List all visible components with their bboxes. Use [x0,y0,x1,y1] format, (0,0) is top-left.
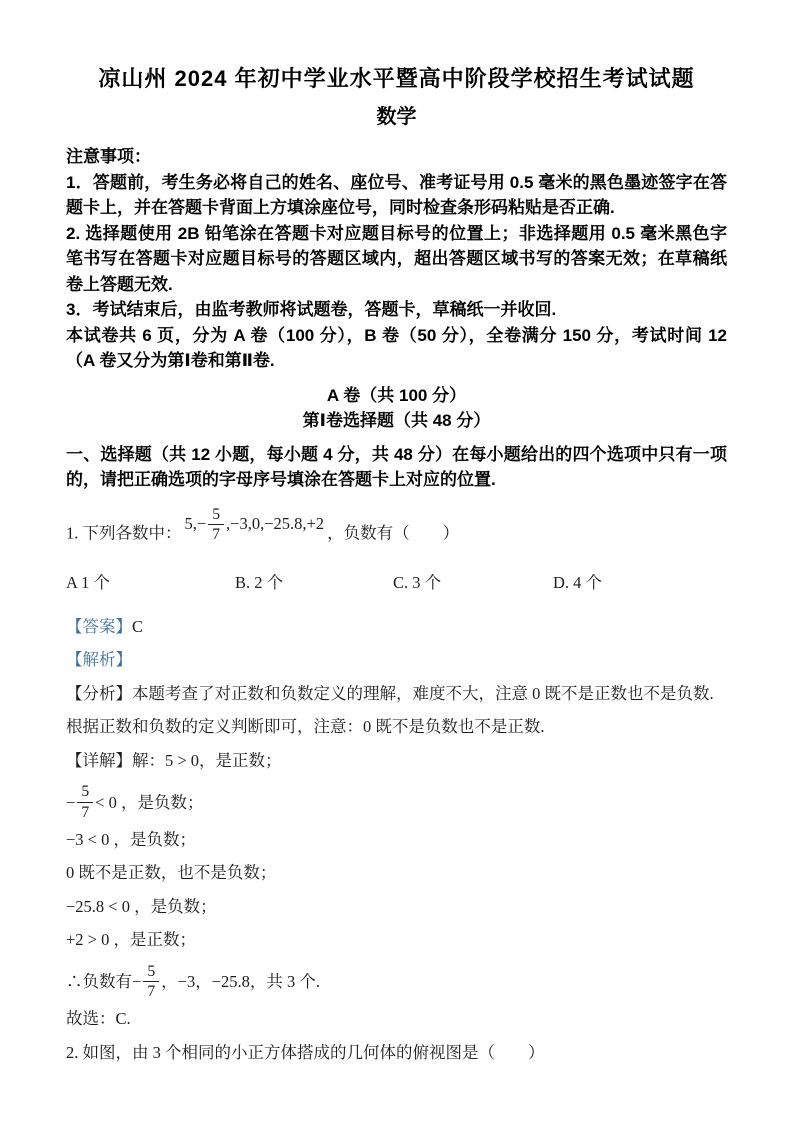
analysis-line-2: 根据正数和负数的定义判断即可，注意：0 既不是负数也不是正数. [66,716,727,737]
analysis-section-label: 【解析】 [66,649,727,670]
notice-heading: 注意事项： [66,144,727,170]
fraction-five-sevenths: 57 [77,783,93,820]
formula-segment: 5,− [185,513,207,535]
question-1-prefix: 1. 下列各数中： [66,523,182,542]
detail-line-1: 【详解】解：5 > 0，是正数； [66,750,727,771]
paper-structure-summary: 本试卷共 6 页，分为 A 卷（100 分），B 卷（50 分），全卷满分 15… [66,323,727,374]
question-1-options: A 1 个 B. 2 个 C. 3 个 D. 4 个 [66,572,727,593]
math-expression: ∴负数有−57，−3，−25.8，共 3 个. [66,963,320,1000]
document-subject: 数学 [66,104,727,131]
exam-document-page: 凉山州 2024 年初中学业水平暨高中阶段学校招生考试试题 数学 注意事项： 1… [0,0,793,1122]
answer-label: 【答案】 [66,617,132,636]
option-a: A 1 个 [66,572,235,593]
question-1-suffix: ，负数有（ ） [327,523,459,542]
option-d: D. 4 个 [553,572,727,593]
detail-line-3: −3 < 0 ，是负数； [66,829,727,850]
analysis-line-1: 【分析】本题考查了对正数和负数定义的理解，难度不大，注意 0 既不是正数也不是负… [66,683,727,704]
option-b: B. 2 个 [235,572,393,593]
notice-item-3: 3．考试结束后，由监考教师将试题卷，答题卡，草稿纸一并收回. [66,297,727,323]
multiple-choice-instruction: 一、选择题（共 12 小题，每小题 4 分，共 48 分）在每小题给出的四个选项… [66,442,727,493]
formula-segment: ,−3,0,−25.8,+2 [226,513,324,535]
answer-value: C [132,617,143,636]
detail-line-5: −25.8 < 0 ，是负数； [66,896,727,917]
notice-item-2: 2. 选择题使用 2B 铅笔涂在答题卡对应题目标号的位置上；非选择题用 0.5 … [66,221,727,298]
answer-line: 【答案】C [66,616,727,637]
conclusion-line: ∴负数有−57，−3，−25.8，共 3 个. [66,963,727,1000]
option-c: C. 3 个 [393,572,553,593]
fraction-five-sevenths: 57 [143,963,159,1000]
question-1-solution: 【答案】C 【解析】 【分析】本题考查了对正数和负数定义的理解，难度不大，注意 … [66,616,727,1029]
question-1: 1. 下列各数中：5,−57,−3,0,−25.8,+2，负数有（ ） [66,515,727,552]
question-2: 2. 如图，由 3 个相同的小正方体搭成的几何体的俯视图是（ ） [66,1042,727,1063]
detail-line-2: −57< 0 ，是负数； [66,783,727,820]
detail-line-4: 0 既不是正数，也不是负数； [66,862,727,883]
question-1-number-list: 5,−57,−3,0,−25.8,+2 [185,506,325,543]
notice-item-1: 1．答题前，考生务必将自己的姓名、座位号、准考证号用 0.5 毫米的黑色墨迹签字… [66,170,727,221]
part1-heading: 第Ⅰ卷选择题（共 48 分） [66,408,727,433]
section-a-heading: A 卷（共 100 分） [66,383,727,408]
fraction-five-sevenths: 57 [208,506,224,543]
notice-section: 注意事项： 1．答题前，考生务必将自己的姓名、座位号、准考证号用 0.5 毫米的… [66,144,727,374]
detail-line-6: +2 > 0 ，是正数； [66,929,727,950]
document-title: 凉山州 2024 年初中学业水平暨高中阶段学校招生考试试题 [66,64,727,94]
math-expression: −57< 0 ，是负数； [66,783,203,820]
final-choice-line: 故选：C. [66,1008,727,1029]
